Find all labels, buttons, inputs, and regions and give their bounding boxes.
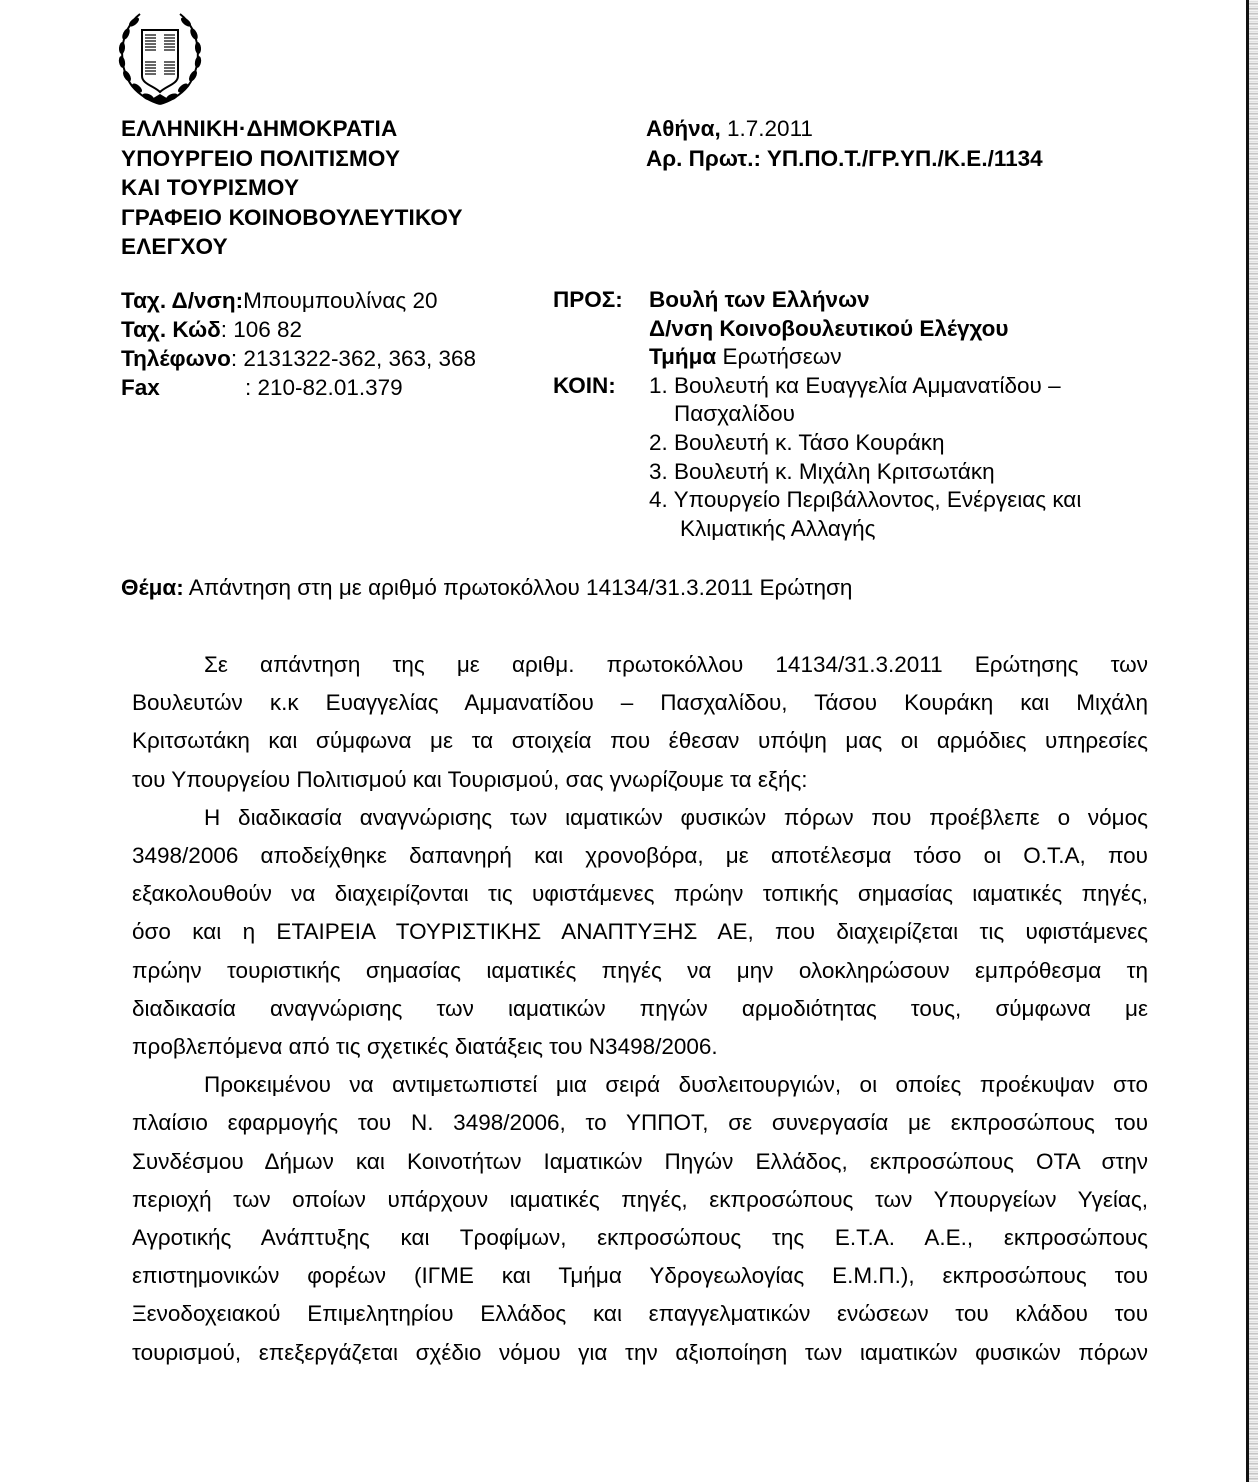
protocol-label: Αρ. Πρωτ.:: [646, 146, 761, 171]
phone-value: : 2131322-362, 363, 368: [231, 344, 476, 373]
body-line: του Υπουργείου Πολιτισμού και Τουρισμού,…: [132, 761, 1148, 799]
body-line: 3498/2006 αποδείχθηκε δαπανηρή και χρονο…: [132, 837, 1148, 875]
subject-label: Θέμα:: [121, 575, 184, 600]
recipients-block: ΠΡΟΣ: Βουλή των Ελλήνων Δ/νση Κοινοβουλε…: [553, 286, 1081, 543]
phone-row: Τηλέφωνο : 2131322-362, 363, 368: [121, 344, 476, 373]
contact-block: Ταχ. Δ/νση: Μπουμπουλίνας 20 Ταχ. Κώδ : …: [121, 286, 476, 402]
protocol-line: Αρ. Πρωτ.: ΥΠ.ΠΟ.Τ./ΓΡ.ΥΠ./Κ.Ε./1134: [646, 144, 1043, 174]
cc-list: 1. Βουλευτή κα Ευαγγελία Αμμανατίδου – Π…: [649, 372, 1081, 544]
cc-item-continuation: Πασχαλίδου: [649, 400, 1081, 429]
to-recipients: Βουλή των Ελλήνων Δ/νση Κοινοβουλευτικού…: [649, 286, 1009, 372]
letter-body: Σε απάντηση της με αριθμ. πρωτοκόλλου 14…: [132, 646, 1148, 1372]
body-line: διαδικασία αναγνώρισης των ιαματικών πηγ…: [132, 990, 1148, 1028]
date-label: Αθήνα,: [646, 116, 721, 141]
to-dept-value: Ερωτήσεων: [716, 344, 841, 369]
body-line: Βουλευτών κ.κ Ευαγγελίας Αμμανατίδου – Π…: [132, 684, 1148, 722]
body-line: Η διαδικασία αναγνώρισης των ιαματικών φ…: [132, 799, 1148, 837]
date-value: 1.7.2011: [721, 116, 813, 141]
subject-line: Θέμα: Απάντηση στη με αριθμό πρωτοκόλλου…: [121, 573, 852, 603]
greek-coat-of-arms-icon: [110, 4, 210, 108]
body-line: όσο και η ΕΤΑΙΡΕΙΑ ΤΟΥΡΙΣΤΙΚΗΣ ΑΝΑΠΤΥΞΗΣ…: [132, 913, 1148, 951]
body-line: προβλεπόμενα από τις σχετικές διατάξεις …: [132, 1028, 1148, 1066]
body-line: πρώην τουριστικής σημασίας ιαματικές πηγ…: [132, 952, 1148, 990]
body-line: Ξενοδοχειακού Επιμελητηρίου Ελλάδος και …: [132, 1295, 1148, 1333]
header-line: ΕΛΛΗΝΙΚΗ·ΔΗΜΟΚΡΑΤΙΑ: [121, 114, 463, 144]
cc-item-continuation: Κλιματικής Αλλαγής: [649, 515, 1081, 544]
body-line: Συνδέσμου Δήμων και Κοινοτήτων Ιαματικών…: [132, 1143, 1148, 1181]
cc-item: 4. Υπουργείο Περιβάλλοντος, Ενέργειας κα…: [649, 486, 1081, 515]
to-line: Δ/νση Κοινοβουλευτικού Ελέγχου: [649, 315, 1009, 344]
cc-item: 3. Βουλευτή κ. Μιχάλη Κριτσωτάκη: [649, 458, 1081, 487]
subject-text: Απάντηση στη με αριθμό πρωτοκόλλου 14134…: [184, 575, 853, 600]
address-label: Ταχ. Δ/νση:: [121, 286, 243, 315]
body-line: εξακολουθούν να διαχειρίζονται τις υφιστ…: [132, 875, 1148, 913]
date-protocol-block: Αθήνα, 1.7.2011 Αρ. Πρωτ.: ΥΠ.ΠΟ.Τ./ΓΡ.Υ…: [646, 114, 1043, 173]
body-line: επιστημονικών φορέων (ΙΓΜΕ και Τμήμα Υδρ…: [132, 1257, 1148, 1295]
body-line: Κριτσωτάκη και σύμφωνα με τα στοιχεία πο…: [132, 722, 1148, 760]
body-line: Προκειμένου να αντιμετωπιστεί μια σειρά …: [132, 1066, 1148, 1104]
fax-value: : 210-82.01.379: [245, 373, 403, 402]
to-label: ΠΡΟΣ:: [553, 286, 649, 372]
header-line: ΥΠΟΥΡΓΕΙΟ ΠΟΛΙΤΙΣΜΟΥ: [121, 144, 463, 174]
address-value: Μπουμπουλίνας 20: [243, 286, 437, 315]
body-line: Αγροτικής Ανάπτυξης και Τροφίμων, εκπροσ…: [132, 1219, 1148, 1257]
to-row: ΠΡΟΣ: Βουλή των Ελλήνων Δ/νση Κοινοβουλε…: [553, 286, 1081, 372]
ministry-header: ΕΛΛΗΝΙΚΗ·ΔΗΜΟΚΡΑΤΙΑ ΥΠΟΥΡΓΕΙΟ ΠΟΛΙΤΙΣΜΟΥ…: [121, 114, 463, 262]
fax-label: Fax: [121, 373, 245, 402]
date-line: Αθήνα, 1.7.2011: [646, 114, 1043, 144]
to-dept-line: Τμήμα Ερωτήσεων: [649, 343, 1009, 372]
body-line: Σε απάντηση της με αριθμ. πρωτοκόλλου 14…: [132, 646, 1148, 684]
header-line: ΕΛΕΓΧΟΥ: [121, 232, 463, 262]
scanned-letter-page: ΕΛΛΗΝΙΚΗ·ΔΗΜΟΚΡΑΤΙΑ ΥΠΟΥΡΓΕΙΟ ΠΟΛΙΤΙΣΜΟΥ…: [0, 0, 1258, 1482]
protocol-value: ΥΠ.ΠΟ.Τ./ΓΡ.ΥΠ./Κ.Ε./1134: [761, 146, 1043, 171]
body-paragraph: Προκειμένου να αντιμετωπιστεί μια σειρά …: [132, 1066, 1148, 1372]
cc-label: ΚΟΙΝ:: [553, 372, 649, 544]
body-line: πλαίσιο εφαρμογής του Ν. 3498/2006, το Υ…: [132, 1104, 1148, 1142]
postcode-value: : 106 82: [221, 315, 302, 344]
fax-row: Fax: 210-82.01.379: [121, 373, 476, 402]
address-row: Ταχ. Δ/νση: Μπουμπουλίνας 20: [121, 286, 476, 315]
header-line: ΚΑΙ ΤΟΥΡΙΣΜΟΥ: [121, 173, 463, 203]
phone-label: Τηλέφωνο: [121, 344, 231, 373]
to-dept-label: Τμήμα: [649, 344, 716, 369]
scan-noise-strip: [1249, 0, 1258, 1482]
postcode-row: Ταχ. Κώδ : 106 82: [121, 315, 476, 344]
cc-item: 2. Βουλευτή κ. Τάσο Κουράκη: [649, 429, 1081, 458]
cc-row: ΚΟΙΝ: 1. Βουλευτή κα Ευαγγελία Αμμανατίδ…: [553, 372, 1081, 544]
body-paragraph: Η διαδικασία αναγνώρισης των ιαματικών φ…: [132, 799, 1148, 1066]
body-line: περιοχή των οποίων υπάρχουν ιαματικές πη…: [132, 1181, 1148, 1219]
header-line: ΓΡΑΦΕΙΟ ΚΟΙΝΟΒΟΥΛΕΥΤΙΚΟΥ: [121, 203, 463, 233]
body-paragraph: Σε απάντηση της με αριθμ. πρωτοκόλλου 14…: [132, 646, 1148, 799]
body-line: τουρισμού, επεξεργάζεται σχέδιο νόμου γι…: [132, 1334, 1148, 1372]
to-line: Βουλή των Ελλήνων: [649, 286, 1009, 315]
cc-item: 1. Βουλευτή κα Ευαγγελία Αμμανατίδου –: [649, 372, 1081, 401]
postcode-label: Ταχ. Κώδ: [121, 315, 221, 344]
